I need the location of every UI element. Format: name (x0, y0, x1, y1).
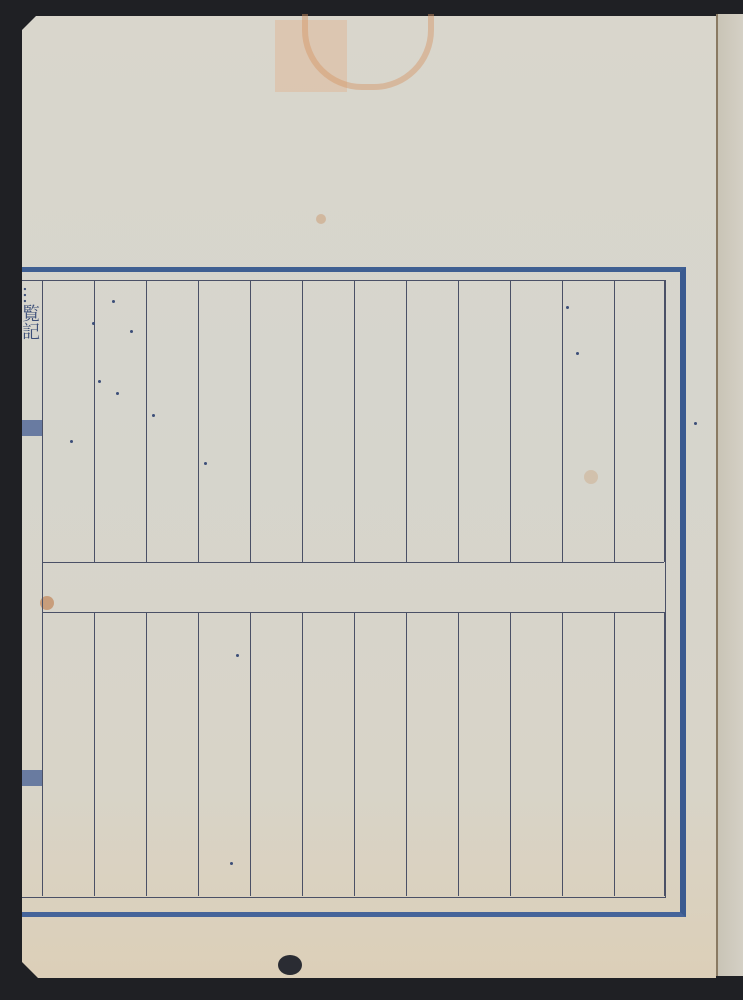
column-rule (198, 612, 199, 896)
ink-speck (98, 380, 101, 383)
ink-speck (694, 422, 697, 425)
column-rule (250, 612, 251, 896)
ink-speck (112, 300, 115, 303)
adjacent-page-edge (716, 14, 743, 976)
column-rule (562, 612, 563, 896)
ink-speck (116, 392, 119, 395)
column-rule (302, 612, 303, 896)
column-rule (198, 280, 199, 562)
column-rule (250, 280, 251, 562)
printed-border-inner (22, 280, 666, 898)
column-rule (406, 280, 407, 562)
fishtail-mark-upper (22, 420, 42, 436)
column-rule (94, 612, 95, 896)
small-stain (316, 214, 326, 224)
dark-blot (278, 955, 302, 975)
column-rule (458, 280, 459, 562)
ink-speck (230, 862, 233, 865)
fishtail-mark-lower (22, 770, 42, 786)
column-rule (614, 612, 615, 896)
ink-speck (92, 322, 95, 325)
middle-band-top (42, 562, 664, 563)
left-rule (42, 280, 43, 896)
column-rule (510, 612, 511, 896)
column-rule (354, 612, 355, 896)
middle-band-bottom (42, 612, 664, 613)
column-rule (302, 280, 303, 562)
ink-speck (576, 352, 579, 355)
ink-speck (566, 306, 569, 309)
margin-title-fragment: …覧記 (20, 286, 40, 340)
column-rule (354, 280, 355, 562)
column-rule (510, 280, 511, 562)
ink-speck (236, 654, 239, 657)
column-rule (146, 280, 147, 562)
column-rule (458, 612, 459, 896)
column-rule (614, 280, 615, 562)
column-rule (146, 612, 147, 896)
column-rule (562, 280, 563, 562)
ink-speck (130, 330, 133, 333)
ink-speck (204, 462, 207, 465)
ink-speck (70, 440, 73, 443)
column-rule (664, 612, 665, 896)
column-rule (664, 280, 665, 562)
ink-speck (152, 414, 155, 417)
column-rule (406, 612, 407, 896)
